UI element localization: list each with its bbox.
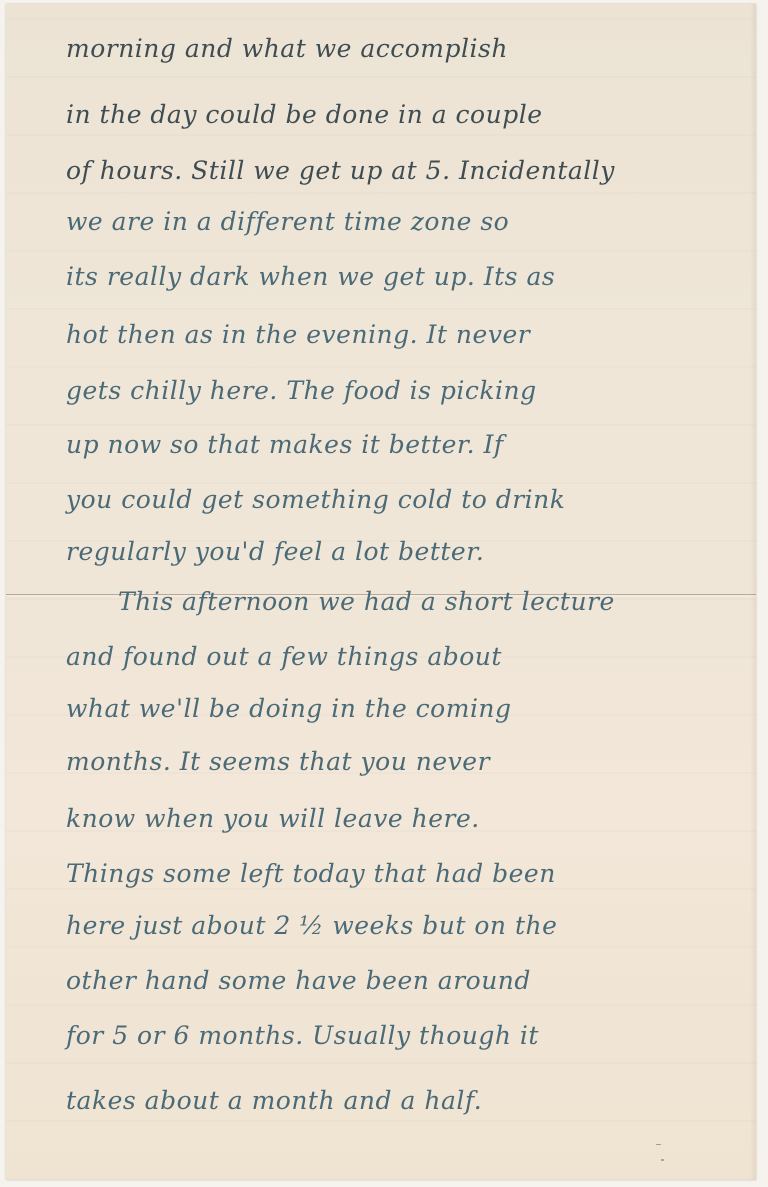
letter-line: for 5 or 6 months. Usually though it xyxy=(66,1021,539,1050)
letter-line: hot then as in the evening. It never xyxy=(66,320,530,349)
letter-line: its really dark when we get up. Its as xyxy=(66,262,555,291)
letter-line: we are in a different time zone so xyxy=(66,207,509,236)
letter-line: know when you will leave here. xyxy=(66,804,480,833)
letter-line: here just about 2 ½ weeks but on the xyxy=(66,911,557,940)
paper-speck xyxy=(656,1144,661,1145)
letter-line: other hand some have been around xyxy=(66,966,531,995)
letter-line: of hours. Still we get up at 5. Incident… xyxy=(66,156,615,185)
letter-line: what we'll be doing in the coming xyxy=(66,694,512,723)
letter-line: up now so that makes it better. If xyxy=(66,430,504,459)
letter-line: regularly you'd feel a lot better. xyxy=(66,537,484,566)
letter-line: This afternoon we had a short lecture xyxy=(118,587,615,616)
letter-page: morning and what we accomplish in the da… xyxy=(6,4,756,1180)
paper-speck xyxy=(661,1159,664,1161)
letter-line: gets chilly here. The food is picking xyxy=(66,376,537,405)
letter-line: takes about a month and a half. xyxy=(66,1086,482,1115)
letter-line: in the day could be done in a couple xyxy=(66,100,543,129)
letter-line: Things some left today that had been xyxy=(66,859,556,888)
letter-line: you could get something cold to drink xyxy=(66,485,565,514)
letter-line: months. It seems that you never xyxy=(66,747,490,776)
letter-line: morning and what we accomplish xyxy=(66,34,508,63)
letter-line: and found out a few things about xyxy=(66,642,502,671)
